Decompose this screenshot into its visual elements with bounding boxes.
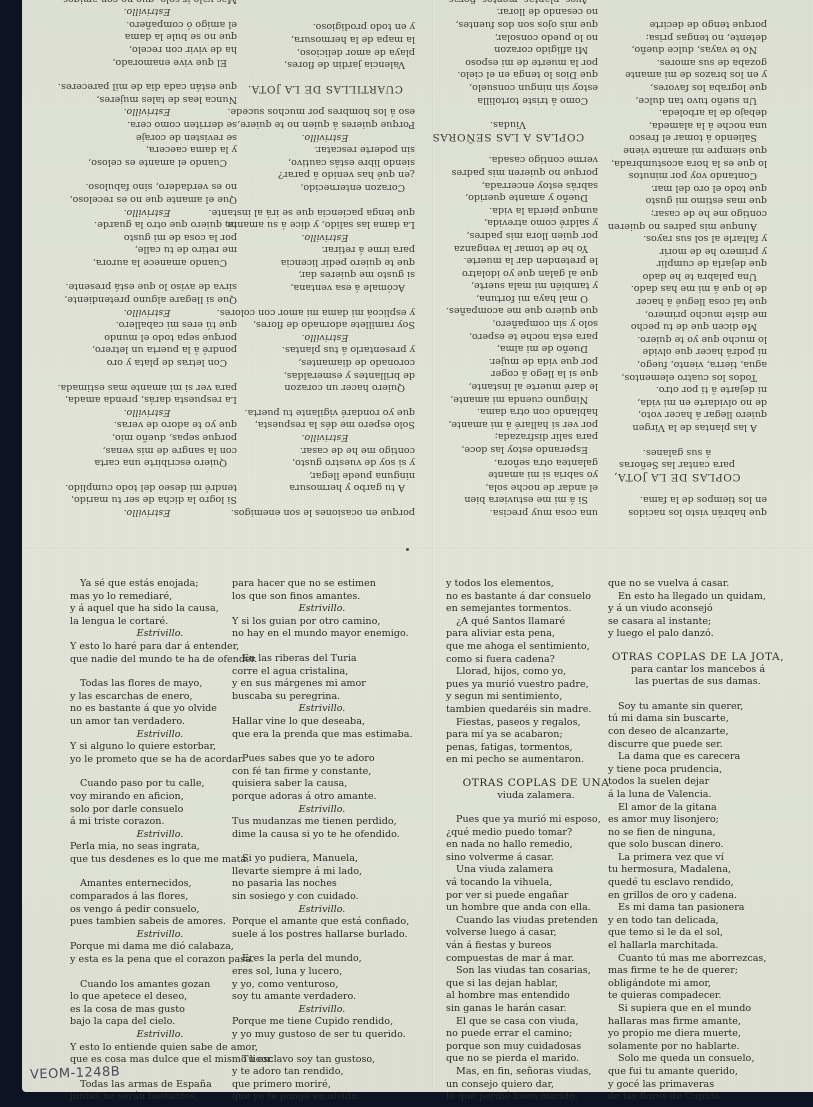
verse-line: Yo he de tomar la venganza (418, 241, 598, 254)
verse-line: que temo si le da el sol, (608, 927, 788, 940)
verse-line: comparados á las flores, (70, 891, 250, 904)
verse-line: mas firme te he de querer; (608, 965, 788, 978)
verse-line: Pues sabes que yo te adoro (232, 753, 412, 766)
verse-line: Mas, en fin, señoras viudas, (446, 1066, 626, 1079)
verse-line: que si la llego á coger (418, 367, 598, 380)
verse-line: Pues que ya murió mi esposo, (446, 814, 626, 827)
verse-line: me retiro de tu calle, (57, 243, 237, 256)
verse-line: La primera vez que ví (608, 852, 788, 865)
stanza-gap (446, 802, 626, 814)
verse-line: Eres la perla del mundo, (232, 953, 412, 966)
verse-line: Corazon enternecido, (235, 180, 415, 193)
verse-line: y tiene poca prudencia, (608, 764, 788, 777)
verse-line: para ver si mi amante mas estimada. (57, 380, 237, 393)
verse-line: Aves, plantas, montes, fieras, (418, 0, 598, 5)
verse-line: El amor de la gitana (608, 802, 788, 815)
verse-line: yo le prometo que se ha de acordar. (70, 754, 250, 767)
verse-line: para salir disfrazada; (418, 430, 598, 443)
verse-line: que primero moriré, (232, 1079, 412, 1092)
verse-line: Si yo pudiera, Manuela, (232, 853, 412, 866)
stanza-gap (57, 68, 237, 80)
verse-line: no es verdadero, sino fabuloso. (57, 180, 237, 193)
broadside-sheet: que habrán visto los nacidosen los tiemp… (22, 0, 813, 1092)
verse-line: penas, fatigas, tormentos, (446, 742, 626, 755)
verse-line: suele á los postres hallarse burlado. (232, 929, 412, 942)
verse-line: de las flores de Cupido. (608, 1091, 788, 1104)
verse-line: y esplicoá mi dama mi amor con colores. (235, 305, 415, 318)
verse-line: con deseo de alcanzarte, (608, 726, 788, 739)
verse-line: tú mi dama sin buscarte, (608, 713, 788, 726)
verse-line: y gocé las primaveras (608, 1079, 788, 1092)
verse-line: por quien llora mis padres, (418, 228, 598, 241)
verse-line: Ya sé que estás enojada; (70, 578, 250, 591)
stanza-gap (232, 741, 412, 753)
verse-line: que yo te adoro de veras. (57, 418, 237, 431)
verse-line: Soy ramillete adornado de flores, (235, 318, 415, 331)
stanza-gap (70, 967, 250, 979)
verse-line: Y si los guian por otro camino, (232, 616, 412, 629)
verse-line: quiero llegar á hacer voto, (587, 408, 767, 421)
verse-line: y segun mi sentimiento, (446, 691, 626, 704)
verse-line: agua, tierra, viento, fuego, (587, 357, 767, 370)
estrivillo-label: Estrivillo. (232, 904, 412, 917)
estrivillo-label: Estrivillo. (235, 330, 415, 343)
verse-line: no cesando de llorar. (418, 5, 598, 18)
verse-line: Perla mia, no seas ingrata, (70, 841, 250, 854)
section-heading: CUARTILLAS DE LA JOTA. (235, 82, 415, 95)
verse-line: detente, no tengas prisa; (587, 30, 767, 43)
verse-line: Es mi dama tan pasionera (608, 902, 788, 915)
verse-line: y todos los elementos, (446, 578, 626, 591)
verse-line: galantea otra señora. (418, 455, 598, 468)
verse-line: sin sosiego y con cuidado. (232, 891, 412, 904)
verse-line: ha de vivir con recelo, (57, 42, 237, 55)
verse-line: sabrás estoy encerrada, (418, 178, 598, 191)
verse-line: Un sueño tuvo tan dulce, (587, 93, 767, 106)
verse-line: á mi triste corazon. (70, 816, 250, 829)
verse-line: porque en ocasiones le son enemigos. (235, 505, 415, 518)
verse-line: ni podrá hacer que olvide (587, 345, 767, 358)
verse-line: de brillantes y esmeraldas, (235, 368, 415, 381)
verse-line: pues ya murió vuestro padre, (446, 679, 626, 692)
verse-line: para esta noche te espero, (418, 329, 598, 342)
verse-line: Amantes enternecidos, (70, 878, 250, 891)
verse-line: Fiestas, paseos y regalos, (446, 717, 626, 730)
stanza-gap (232, 641, 412, 653)
estrivillo-label: Estrivillo. (57, 405, 237, 418)
verse-line: O mal haya mi fortuna, (418, 291, 598, 304)
verse-line: Mi afligido corazon (418, 43, 598, 56)
verse-line: Si supiera que en el mundo (608, 1003, 788, 1016)
verse-line: Todas las flores de mayo, (70, 678, 250, 691)
verse-line: En esto ha llegado un quidam, (608, 591, 788, 604)
stanza-gap (587, 433, 767, 445)
verse-line: quedé tu esclavo rendido, (608, 877, 788, 890)
verse-line: viuda zalamera. (446, 790, 626, 803)
verse-line: Llorad, hijos, como yo, (446, 666, 626, 679)
verse-line: y á aquel que ha sido la causa, (70, 603, 250, 616)
verse-line: por ver si puede engañar (446, 890, 626, 903)
verse-line: pues tambien sabeis de amores. (70, 916, 250, 929)
verse-line: no pasaria las noches (232, 878, 412, 891)
verse-line: discurre que puede ser. (608, 739, 788, 752)
verse-line: que todo el oro del mar. (587, 181, 767, 194)
verse-line: y en los brazos de mi amante (587, 68, 767, 81)
verse-line: que tú eres mi caballero. (57, 318, 237, 331)
verse-line: Mas vale ir solo, que no con amigos, (57, 0, 237, 5)
estrivillo-label: Estrivillo. (57, 105, 237, 118)
estrivillo-label: Estrivillo. (232, 603, 412, 616)
verse-line: la lengua le cortaré. (70, 616, 250, 629)
verse-line: y te adoro tan rendido, (232, 1066, 412, 1079)
verse-line: gozaba de sus amores. (587, 55, 767, 68)
top-column-1: que habrán visto los nacidosen los tiemp… (587, 17, 767, 518)
verse-line: La dama las salido, y dice á su amante, (235, 218, 415, 231)
verse-line: El que se casa con viuda, (446, 1016, 626, 1029)
verse-line: se casara al instante; (608, 616, 788, 629)
verse-line: aunque pierda la vida. (418, 203, 598, 216)
stanza-gap (235, 493, 415, 505)
verse-line: Una palabra te he dado (587, 269, 767, 282)
verse-line: los que son finos amantes. (232, 591, 412, 604)
verse-line: tambien quedaréis sin madre. (446, 704, 626, 717)
verse-line: Soy tu amante sin querer, (608, 701, 788, 714)
verse-line: con fé tan firme y constante, (232, 766, 412, 779)
verse-line: lo que es la hora acostumbrada, (587, 156, 767, 169)
verse-line: Me dicen que de tu pecho (587, 320, 767, 333)
verse-line: que tal cosa llegué á hacer (587, 295, 767, 308)
verse-line: quisiera saber la causa, (232, 778, 412, 791)
verse-line: yo sabria si mi amante (418, 468, 598, 481)
verse-line: que nadie del mundo te ha de ofender. (70, 654, 250, 667)
verse-line: hallaras mas firme amante, (608, 1016, 788, 1029)
estrivillo-label: Estrivillo. (70, 1029, 250, 1042)
verse-line: ¿qué medio puedo tomar? (446, 827, 626, 840)
verse-line: en los tiempos de la fama. (587, 493, 767, 506)
verse-line: Valencia jardin de flores, (235, 58, 415, 71)
stanza-gap (57, 168, 237, 180)
verse-line: como si fuera cadena? (446, 654, 626, 667)
estrivillo-label: Estrivillo. (57, 305, 237, 318)
verse-line: que fui tu amante querido, (608, 1066, 788, 1079)
stanza-gap (232, 841, 412, 853)
verse-line: la mapa de la hermosura, (235, 32, 415, 45)
verse-line: lo que apetece el deseo, (70, 991, 250, 1004)
verse-line: para hacer que no se estimen (232, 578, 412, 591)
verse-line: el amigo ó compañero. (57, 17, 237, 30)
verse-line: playa de amor delicioso, (235, 45, 415, 58)
verse-line: que no se vuelva á casar. (608, 578, 788, 591)
verse-line: Y si alguno lo quiere estorbar, (70, 741, 250, 754)
verse-line: Quiero escribirte una carta (57, 456, 237, 469)
section-heading: COPLAS DE LA JOTA, (587, 470, 767, 483)
verse-line: Si logro la dicha de ser tu marido, (57, 493, 237, 506)
verse-line: y faltarle al sol sus rayos. (587, 232, 767, 245)
verse-line: y yo muy gustoso de ser tu querido. (232, 1029, 412, 1042)
verse-line: soy tu amante verdadero. (232, 991, 412, 1004)
verse-line: obligándote mi amor, (608, 978, 788, 991)
verse-line: Todas las armas de España (70, 1079, 250, 1092)
verse-line: no lo puedo consolar, (418, 30, 598, 43)
verse-line: Y esto lo haré para dar á entender, (70, 641, 250, 654)
top-column-2: una cosa muy precisa.Si á mi me estuvier… (418, 0, 598, 518)
section-heading: OTRAS COPLAS DE LA JOTA, (608, 651, 788, 664)
verse-line: verme contigo casada. (418, 153, 598, 166)
verse-line: Son las viudas tan cosarias, (446, 965, 626, 978)
verse-line: que te quiero pedir licencia (235, 255, 415, 268)
verse-line: porque son muy cuidadosas (446, 1041, 626, 1054)
verse-line: y esta es la pena que el corazon pasa. (70, 954, 250, 967)
verse-line: Tu esclavo soy tan gustoso, (232, 1054, 412, 1067)
estrivillo-label: Estrivillo. (235, 130, 415, 143)
verse-line: Viudas. (418, 118, 598, 131)
verse-line: es la cosa de mas gusto (70, 1004, 250, 1017)
verse-line: y la dama caecera, (57, 143, 237, 156)
verse-line: de lo que á mi me has dado. (587, 282, 767, 295)
verse-line: tendré mi deseo del todo cumplido. (57, 480, 237, 493)
verse-line: Ninguno cuenda mi amante, (418, 392, 598, 405)
verse-line: mas yo lo remediaré, (70, 591, 250, 604)
verse-line: porque tengo de decirte (587, 17, 767, 30)
estrivillo-label: Estrivillo. (235, 230, 415, 243)
verse-line: ¿en qué has venido á parar? (235, 168, 415, 181)
verse-line: para irme á retirar. (235, 243, 415, 256)
verse-line: Solo me queda un consuelo, (608, 1053, 788, 1066)
estrivillo-label: Estrivillo. (57, 5, 237, 18)
verse-line: que dejarla de cumplir (587, 257, 767, 270)
verse-line: solo por darle consuelo (70, 804, 250, 817)
section-heading: COPLAS A LAS SEÑORAS (418, 130, 598, 143)
verse-line: la que perdió buen marido, (446, 1091, 626, 1104)
verse-line: corre el agua cristalina, (232, 666, 412, 679)
estrivillo-label: Estrivillo. (232, 804, 412, 817)
verse-line: contigo me he de casar; (587, 206, 767, 219)
stanza-gap (235, 193, 415, 205)
verse-line: le pretenden dar la muerte. (418, 254, 598, 267)
verse-line: Hallar vine lo que deseaba, (232, 716, 412, 729)
bottom-column-3: y todos los elementos,no es bastante á d… (446, 578, 626, 1104)
verse-line: os vengo á pedir consuelo, (70, 904, 250, 917)
verse-line: No te vayas, dulce dueño, (587, 43, 767, 56)
stanza-gap (235, 70, 415, 82)
verse-line: por la muerte de mi esposo (418, 55, 598, 68)
estrivillo-label: Estrivillo. (235, 430, 415, 443)
verse-line: que solo buscan dinero. (608, 839, 788, 852)
verse-line: un amor tan verdadero. (70, 716, 250, 729)
verse-line: Cuando los amantes gozan (70, 979, 250, 992)
verse-line: no hay en el mundo mayor enemigo. (232, 628, 412, 641)
stanza-gap (418, 106, 598, 118)
verse-line: y luego el palo danzó. (608, 628, 788, 641)
verse-line: no quiero que otro la guarde. (57, 218, 237, 231)
verse-line: juntas no serán bastantes, (70, 1091, 250, 1104)
stanza-gap (232, 941, 412, 953)
verse-line: y en sus márgenes mi amor (232, 678, 412, 691)
verse-line: La dama que es carecera (608, 751, 788, 764)
verse-line: que están cada dia de mil pareceres. (57, 80, 237, 93)
verse-line: se derriten como cera. (57, 117, 237, 130)
verse-line: me diste mucho primero, (587, 307, 767, 320)
verse-line: A las plantas de la Virgen (587, 420, 767, 433)
verse-line: En las riberas del Turia (232, 653, 412, 666)
stanza-gap (235, 393, 415, 405)
verse-line: sin poderte rescatar. (235, 143, 415, 156)
stanza-gap (57, 468, 237, 480)
verse-line: no puede errar el camino; (446, 1028, 626, 1041)
verse-line: hablando con otra dama. (418, 405, 598, 418)
verse-line: para mí ya se acabaron; (446, 729, 626, 742)
verse-line: y también mi mala suerte, (418, 279, 598, 292)
verse-line: no se fien de ninguna, (608, 827, 788, 840)
estrivillo-label: Estrivillo. (232, 703, 412, 716)
verse-line: Cuando paso por tu calle, (70, 778, 250, 791)
verse-line: Todos los cuatro elementos, (587, 370, 767, 383)
verse-line: y las escarchas de enero, (70, 691, 250, 704)
top-half-inverted: que habrán visto los nacidosen los tiemp… (22, 0, 813, 546)
verse-line: no es bastante á dar consuelo (446, 591, 626, 604)
top-column-3: porque en ocasiones le son enemigos.A tu… (235, 20, 415, 518)
top-column-4: Estrivillo.Si logro la dicha de ser tu m… (57, 0, 237, 518)
verse-line: Acómale á esa ventana, (235, 281, 415, 294)
verse-line: ¿A qué Santos llamaré (446, 616, 626, 629)
verse-line: es amor muy lisonjero; (608, 814, 788, 827)
verse-line: porque no quieren mis padres (418, 165, 598, 178)
verse-line: y saldré como atrevida, (418, 216, 598, 229)
stanza-gap (57, 368, 237, 380)
verse-line: Y esto lo entiende quien sabe de amor, (70, 1042, 250, 1055)
verse-line: á la luna de Valencia. (608, 789, 788, 802)
estrivillo-label: Estrivillo. (57, 505, 237, 518)
verse-line: á sus galanes. (587, 445, 767, 458)
verse-line: estoy sin ningun consuelo, (418, 80, 598, 93)
verse-line: dime la causa si yo te he ofendido. (232, 829, 412, 842)
bottom-column-4: que no se vuelva á casar.En esto ha lleg… (608, 578, 788, 1104)
verse-line: llevarte siempre á mi lado, (232, 866, 412, 879)
verse-line: eso á los hombres por muchos sucede. (235, 105, 415, 118)
verse-line: vá tocando la vihuela, (446, 877, 626, 890)
verse-line: al hombre mas entendido (446, 990, 626, 1003)
verse-line: compuestas de mar á mar. (446, 953, 626, 966)
verse-line: Porque mi dama me dió calabaza, (70, 941, 250, 954)
verse-line: y en todo tan delicada, (608, 915, 788, 928)
verse-line: sin ganas le harán casar. (446, 1003, 626, 1016)
verse-line: eres sol, luna y lucero, (232, 966, 412, 979)
verse-line: Quiero hacer un corazon (235, 381, 415, 394)
verse-line: por la cosa de mi gusto (57, 230, 237, 243)
ink-speck (406, 548, 409, 551)
verse-line: Si á mi me estuviera bien (418, 493, 598, 506)
verse-line: Porque me tiene Cupido rendido, (232, 1016, 412, 1029)
verse-line: las puertas de sus damas. (608, 676, 788, 689)
verse-line: te quieras compadecer. (608, 990, 788, 1003)
verse-line: buscaba su peregrina. (232, 691, 412, 704)
verse-line: y si soy de vuestro gusto, (235, 456, 415, 469)
verse-line: y primero he de morir (587, 244, 767, 257)
verse-line: Una viuda zalamera (446, 864, 626, 877)
stanza-gap (608, 689, 788, 701)
estrivillo-label: Estrivillo. (70, 628, 250, 641)
verse-line: coronado de diamantes, (235, 355, 415, 368)
verse-line: en semejantes tormentos. (446, 603, 626, 616)
verse-line: si gusto me quieres dar, (235, 268, 415, 281)
verse-line: porque adoras á otro amante. (232, 791, 412, 804)
verse-line: el hallarla marchitada. (608, 940, 788, 953)
verse-line: debajo de la arboleda. (587, 106, 767, 119)
verse-line: Saliendo á tomar el fresco (587, 131, 767, 144)
verse-line: que siempre mi amante viene (587, 143, 767, 156)
verse-line: y á un viudo aconsejó (608, 603, 788, 616)
stanza-gap (70, 766, 250, 778)
verse-line: porque sepas, dueño mio, (57, 430, 237, 443)
verse-line: lo mucho que yo te quiero. (587, 332, 767, 345)
verse-line: Porque quieres á quien no te quiere, (235, 117, 415, 130)
verse-line: tu hermosura, Madalena, (608, 864, 788, 877)
stanza-gap (70, 866, 250, 878)
verse-line: y en todo prodigioso. (235, 20, 415, 33)
verse-line: que yo rondaré vigilante tu puerta. (235, 405, 415, 418)
estrivillo-label: Estrivillo. (232, 1004, 412, 1017)
verse-line: solamente por no hablarte. (608, 1041, 788, 1054)
verse-line: Tus mudanzas me tienen perdido, (232, 816, 412, 829)
verse-line: Dueño de mi alma, (418, 342, 598, 355)
verse-line: Esperando estoy las doce, (418, 442, 598, 455)
verse-line: se revisten de coraje (57, 130, 237, 143)
stanza-gap (232, 1042, 412, 1054)
verse-line: sino volverme á casar. (446, 852, 626, 865)
verse-line: Porque el amante que está confiado, (232, 916, 412, 929)
verse-line: por que vida de mujer. (418, 354, 598, 367)
verse-line: volverse luego á casar, (446, 927, 626, 940)
verse-line: Solo espero me dés la respuesta, (235, 418, 415, 431)
verse-line: el andar de noche sola, (418, 480, 598, 493)
verse-line: de no olvidarte en mi vida, (587, 395, 767, 408)
verse-line: La respuesta darás, prenda amada, (57, 393, 237, 406)
verse-line: que lograba los favores, (587, 80, 767, 93)
verse-line: Contando voy por minutos (587, 169, 767, 182)
verse-line: El que vive enamorado, (57, 55, 237, 68)
verse-line: un hombre que anda con ella. (446, 902, 626, 915)
verse-line: que me ahoga el sentimiento, (446, 641, 626, 654)
verse-line: un consejo quiero dar, (446, 1079, 626, 1092)
verse-line: no es bastante á que yo olvide (70, 703, 250, 716)
verse-line: para cantar los mancebos á (608, 664, 788, 677)
verse-line: voy mirando en aficion, (70, 791, 250, 804)
estrivillo-label: Estrivillo. (70, 929, 250, 942)
verse-line: que tus desdenes es lo que me mata. (70, 854, 250, 867)
verse-line: y yo, como venturoso, (232, 979, 412, 992)
bottom-column-2: para hacer que no se estimenlos que son … (232, 578, 412, 1104)
verse-line: Cuando el amante es celoso, (57, 155, 237, 168)
verse-line: que mis ojos son dos fuentes, (418, 17, 598, 30)
verse-line: y presentarlo á tus plantas. (235, 343, 415, 356)
verse-line: bajo la capa del cielo. (70, 1016, 250, 1029)
verse-line: en nada no hallo remedio, (446, 839, 626, 852)
verse-line: Como á triste tortolilla (418, 93, 598, 106)
verse-line: Cuando las viudas pretenden (446, 915, 626, 928)
verse-line: que era la prenda que mas estimaba. (232, 729, 412, 742)
stanza-gap (235, 293, 415, 305)
verse-line: Cuanto tú mas me aborrezcas, (608, 953, 788, 966)
verse-line: Dueño y amante querido, (418, 191, 598, 204)
bottom-column-1: Ya sé que estás enojada;mas yo lo remedi… (70, 578, 250, 1104)
verse-line: Que si llegare alguno pretendiente, (57, 293, 237, 306)
verse-line: yo propio me diera muerte, (608, 1028, 788, 1041)
verse-line: Aunque mis padres no quieren (587, 219, 767, 232)
verse-line: en grillos de oro y cadena. (608, 890, 788, 903)
verse-line: contigo me he de casar. (235, 443, 415, 456)
verse-line: que si las dejan hablar, (446, 978, 626, 991)
verse-line: solo y sin compañero, (418, 317, 598, 330)
